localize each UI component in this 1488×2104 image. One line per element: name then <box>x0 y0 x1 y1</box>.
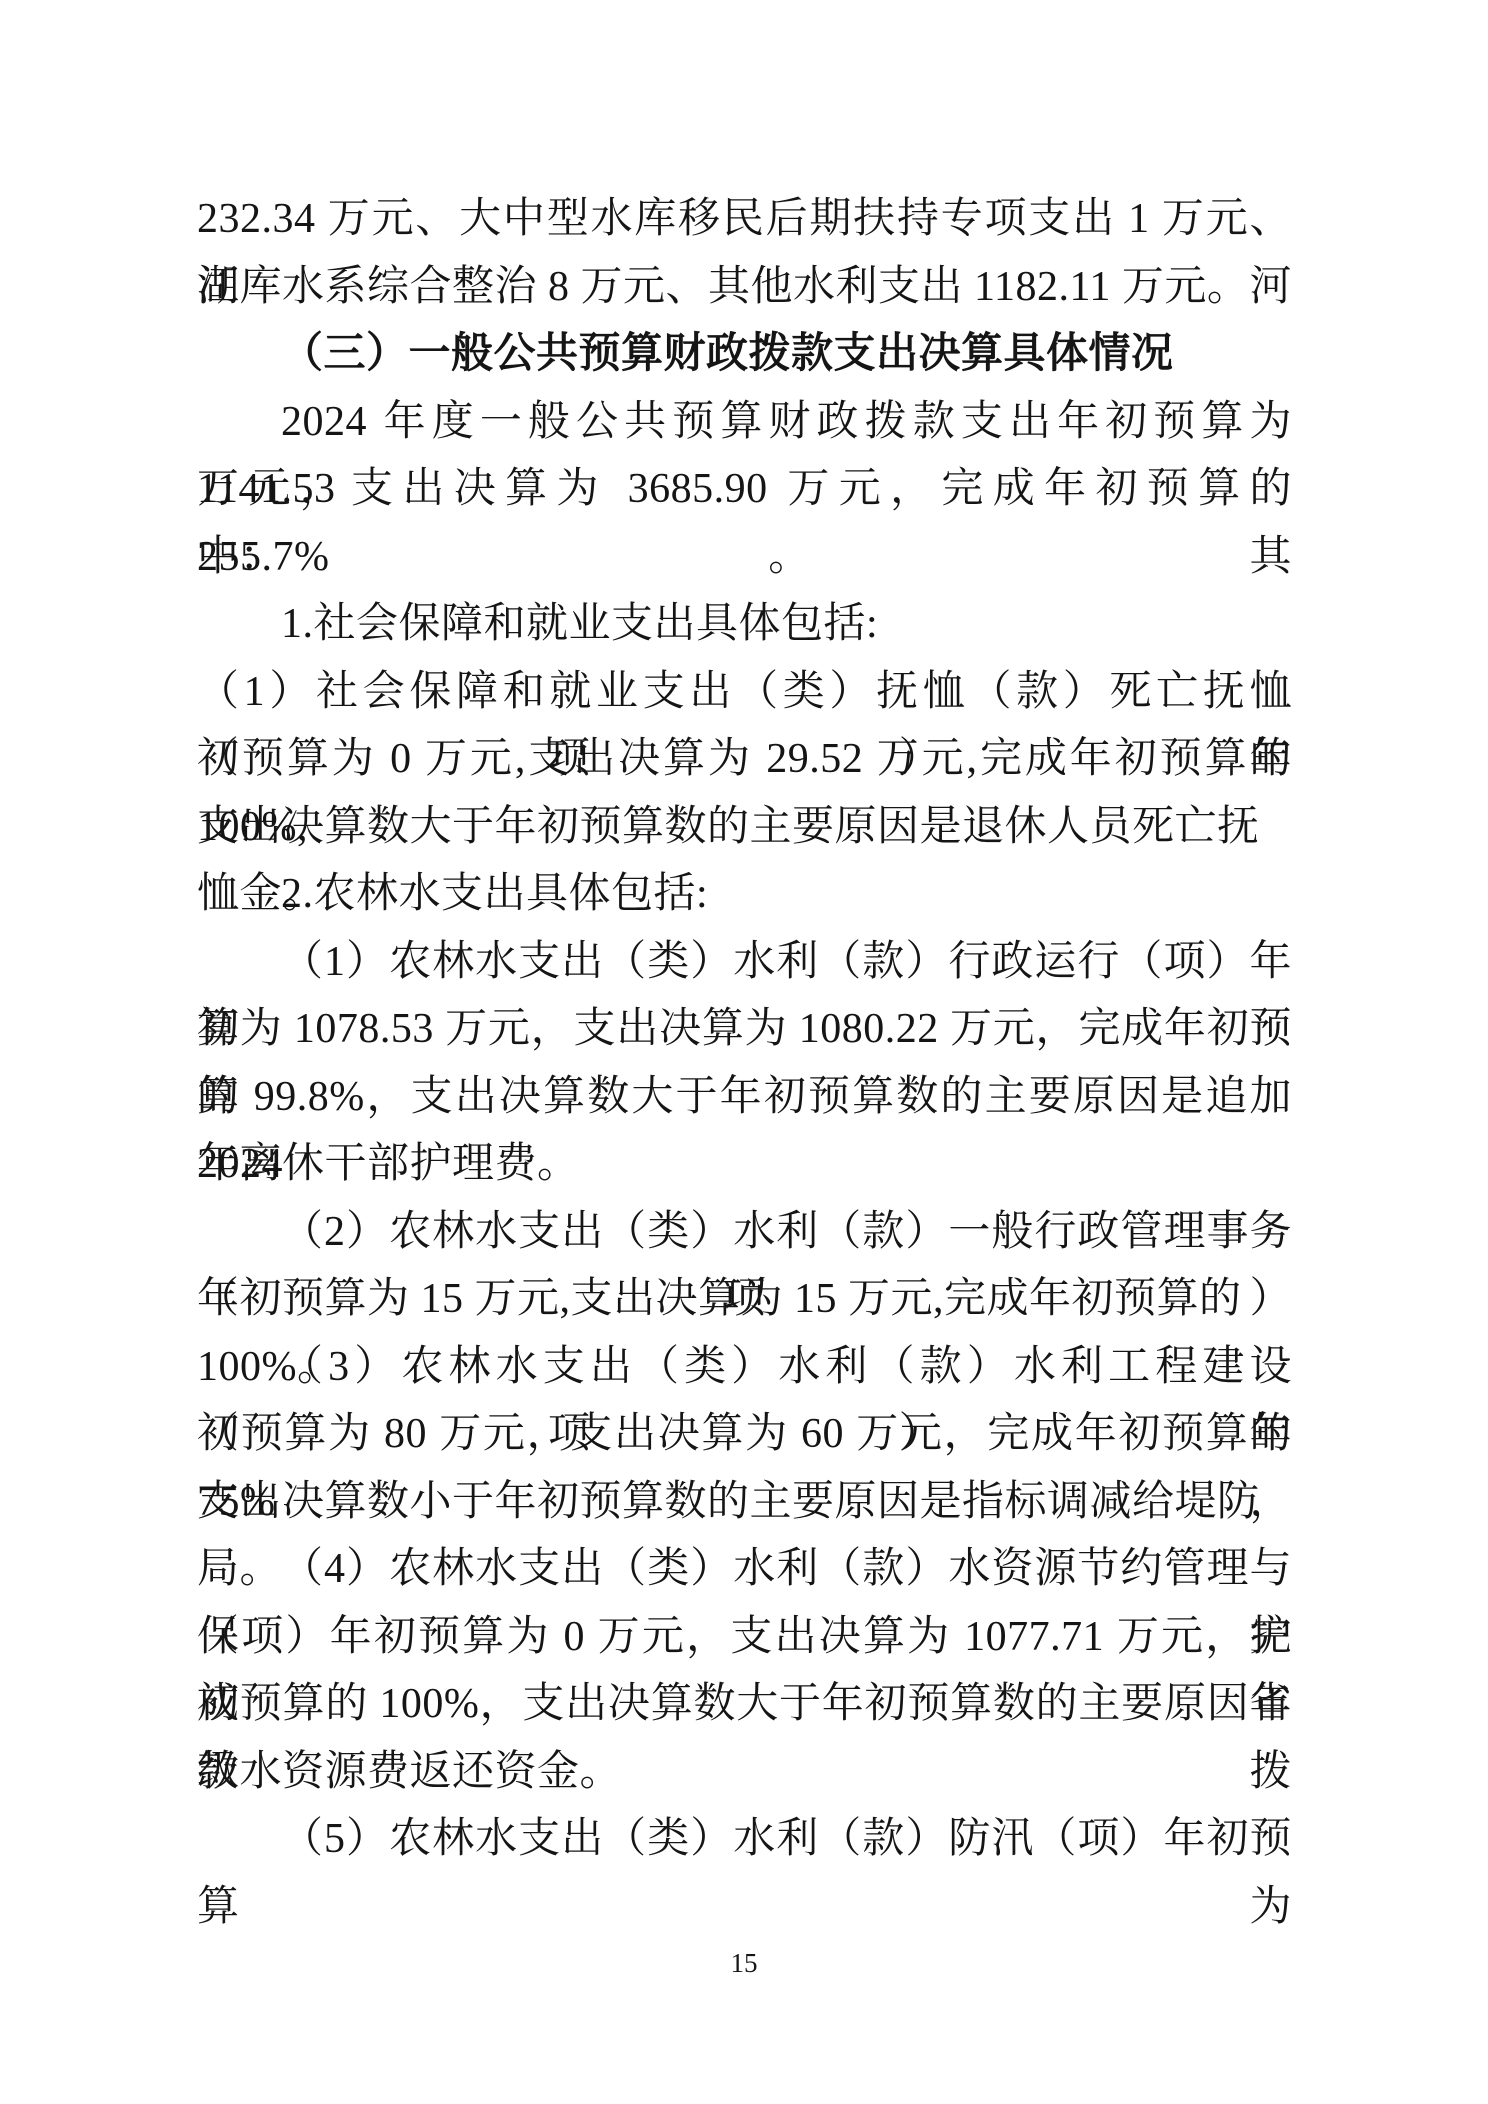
text-line: （项）年初预算为 0 万元，支出决算为 1077.71 万元，完成年 <box>197 1604 1292 1672</box>
section-heading: （三）一般公共预算财政拨款支出决算具体情况 <box>197 321 1292 389</box>
document-page: 232.34 万元、大中型水库移民后期扶持专项支出 1 万元、江河 湖库水系综合… <box>0 0 1488 2104</box>
text-line: 初预算的 100%，支出决算数大于年初预算数的主要原因省级拨 <box>197 1671 1292 1739</box>
text-line: 湖库水系综合整治 8 万元、其他水利支出 1182.11 万元。 <box>197 254 1292 322</box>
list-item-heading: 2.农林水支出具体包括: <box>197 861 1292 929</box>
text-line: 初预算为 0 万元,支出决算为 29.52 万元,完成年初预算的 100%, <box>197 726 1292 794</box>
text-line: （5）农林水支出（类）水利（款）防汛（项）年初预算为 <box>197 1806 1292 1874</box>
text-line: （3）农林水支出（类）水利（款）水利工程建设（项）年 <box>197 1334 1292 1402</box>
text-line: 2024 年度一般公共预算财政拨款支出年初预算为 1141.53 <box>197 389 1292 457</box>
list-item-heading: 1.社会保障和就业支出具体包括: <box>197 591 1292 659</box>
text-line: 初预算为 80 万元，支出决算为 60 万元，完成年初预算的 75%， <box>197 1401 1292 1469</box>
text-line: 232.34 万元、大中型水库移民后期扶持专项支出 1 万元、江河 <box>197 186 1292 254</box>
text-line: （1）农林水支出（类）水利（款）行政运行（项）年初预 <box>197 929 1292 997</box>
text-line: 万元，支出决算为 3685.90 万元，完成年初预算的 255.7%。其 <box>197 456 1292 524</box>
text-line: （2）农林水支出（类）水利（款）一般行政管理事务（项） <box>197 1199 1292 1267</box>
text-line: 支出决算数小于年初预算数的主要原因是指标调减给堤防局。 <box>197 1469 1292 1537</box>
text-line: 算为 1078.53 万元，支出决算为 1080.22 万元，完成年初预算 <box>197 996 1292 1064</box>
text-line: 年初预算为 15 万元,支出决算为 15 万元,完成年初预算的 100%。 <box>197 1266 1292 1334</box>
text-line: （1）社会保障和就业支出（类）抚恤（款）死亡抚恤（项）年 <box>197 659 1292 727</box>
text-line: 年离休干部护理费。 <box>197 1131 1292 1199</box>
page-number: 15 <box>0 1946 1488 1980</box>
text-line: 的 99.8%，支出决算数大于年初预算数的主要原因是追加 2024 <box>197 1064 1292 1132</box>
text-line: （4）农林水支出（类）水利（款）水资源节约管理与保护 <box>197 1536 1292 1604</box>
text-line: 支出决算数大于年初预算数的主要原因是退休人员死亡抚恤金。 <box>197 794 1292 862</box>
document-body: 232.34 万元、大中型水库移民后期扶持专项支出 1 万元、江河 湖库水系综合… <box>197 186 1292 1874</box>
